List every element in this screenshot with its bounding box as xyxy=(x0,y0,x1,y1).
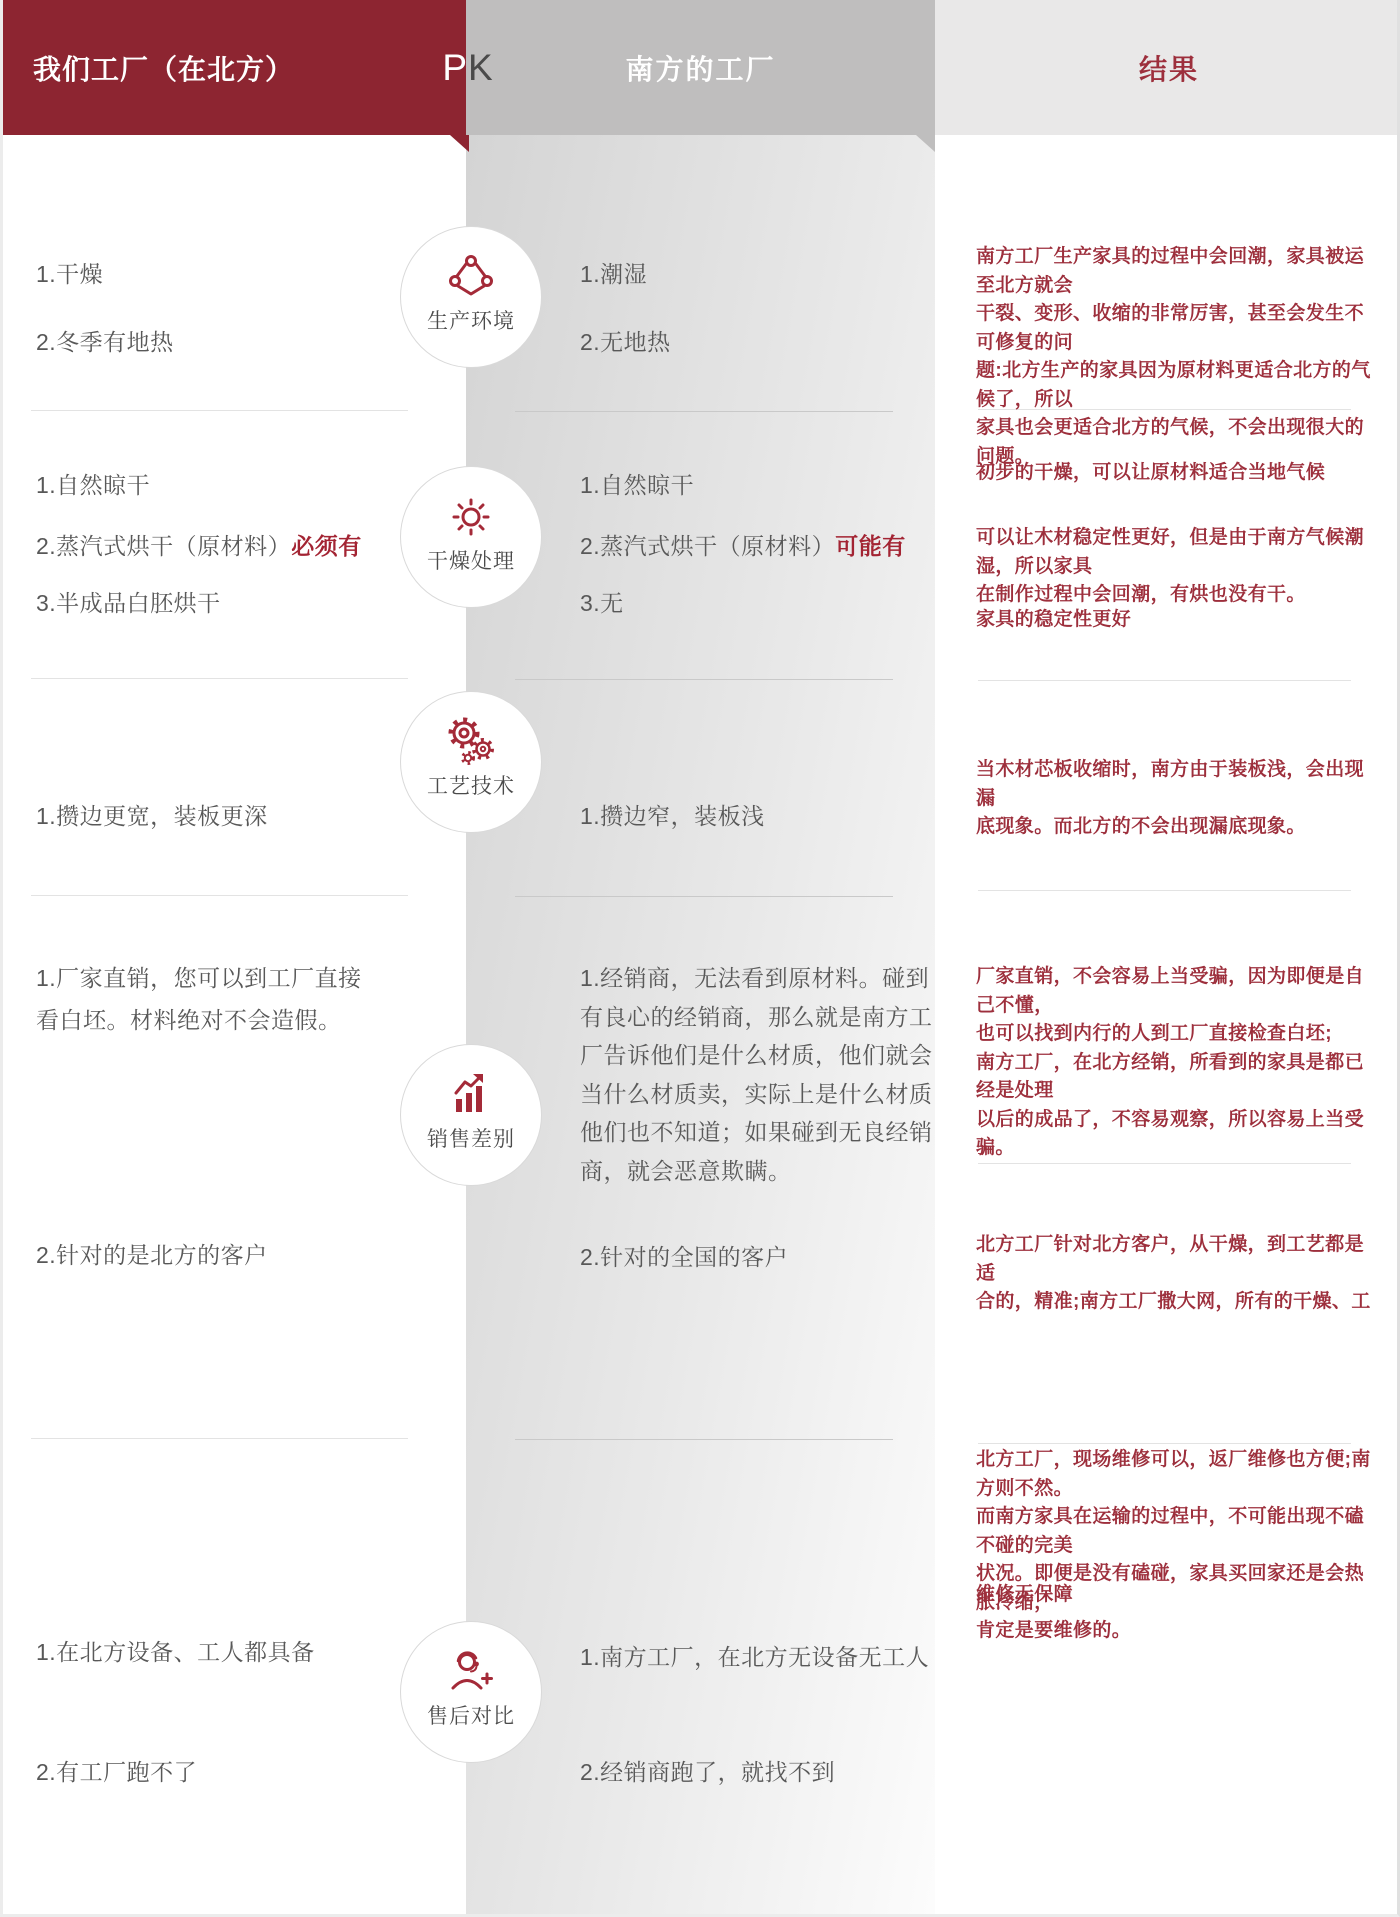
header-result: 结果 xyxy=(935,0,1400,135)
badge-craft-technology: 工艺技术 xyxy=(400,691,542,833)
pk-letter-k: K xyxy=(468,47,494,89)
theirs-item-highlight: 可能有 xyxy=(835,533,906,559)
result-paragraph: 家具的稳定性更好 xyxy=(976,606,1380,635)
theirs-item: 2.蒸汽式烘干（原材料）可能有 xyxy=(580,528,906,561)
header-ours: 我们工厂（在北方） xyxy=(3,0,466,135)
result-paragraph: 当木材芯板收缩时，南方由于装板浅，会出现漏 底现象。而北方的不会出现漏底现象。 xyxy=(976,756,1380,842)
ours-item: 2.针对的是北方的客户 xyxy=(36,1237,268,1270)
ours-item: 2.蒸汽式烘干（原材料）必须有 xyxy=(36,528,362,561)
ours-item-highlight: 必须有 xyxy=(291,533,362,559)
header-theirs-title: 南方的工厂 xyxy=(625,48,775,88)
bar-chart-arrow-icon xyxy=(445,1069,497,1121)
theirs-item-text: 2.蒸汽式烘干（原材料） xyxy=(580,533,835,559)
badge-label: 工艺技术 xyxy=(427,770,515,800)
result-paragraph: 南方工厂生产家具的过程中会回潮，家具被运至北方就会 干裂、变形、收缩的非常厉害，… xyxy=(976,243,1380,471)
theirs-item: 3.无 xyxy=(580,585,624,618)
divider xyxy=(978,1443,1351,1444)
ours-item: 1.厂家直销，您可以到工厂直接 看白坯。材料绝对不会造假。 xyxy=(36,957,362,1041)
theirs-item: 1.攒边窄，装板浅 xyxy=(580,798,765,831)
ours-item: 1.攒边更宽，装板更深 xyxy=(36,798,268,831)
divider xyxy=(515,411,893,412)
pk-versus-label: P K xyxy=(423,0,513,135)
divider xyxy=(515,1439,893,1440)
divider xyxy=(31,678,408,679)
customer-service-icon xyxy=(445,1646,497,1698)
divider xyxy=(978,1163,1351,1164)
theirs-item: 1.自然晾干 xyxy=(580,467,694,500)
badge-production-environment: 生产环境 xyxy=(400,226,542,368)
ours-item: 1.自然晾干 xyxy=(36,467,150,500)
molecule-icon xyxy=(445,251,497,303)
sun-icon xyxy=(445,491,497,543)
divider xyxy=(515,896,893,897)
result-paragraph: 厂家直销，不会容易上当受骗，因为即便是自己不懂， 也可以找到内行的人到工厂直接检… xyxy=(976,963,1380,1163)
divider xyxy=(515,679,893,680)
badge-label: 销售差别 xyxy=(427,1123,515,1153)
badge-label: 干燥处理 xyxy=(427,545,515,575)
theirs-item: 1.南方工厂，在北方无设备无工人 xyxy=(580,1639,929,1672)
badge-after-sales-comparison: 售后对比 xyxy=(400,1621,542,1763)
header-theirs: 南方的工厂 xyxy=(466,0,935,135)
header-ours-title: 我们工厂（在北方） xyxy=(33,48,294,88)
badge-label: 售后对比 xyxy=(427,1700,515,1730)
divider xyxy=(31,410,408,411)
divider xyxy=(31,1438,408,1439)
result-paragraph: 可以让木材稳定性更好，但是由于南方气候潮湿，所以家具 在制作过程中会回潮，有烘也… xyxy=(976,524,1380,610)
divider xyxy=(978,890,1351,891)
ours-item: 2.有工厂跑不了 xyxy=(36,1754,197,1787)
ours-item-text: 2.蒸汽式烘干（原材料） xyxy=(36,533,291,559)
ours-item: 1.干燥 xyxy=(36,256,103,289)
header-result-title: 结果 xyxy=(1139,48,1199,88)
theirs-item: 1.潮湿 xyxy=(580,256,647,289)
pk-letter-p: P xyxy=(442,47,468,89)
divider xyxy=(978,680,1351,681)
badge-label: 生产环境 xyxy=(427,305,515,335)
badge-sales-difference: 销售差别 xyxy=(400,1044,542,1186)
gears-icon xyxy=(445,716,497,768)
theirs-item: 2.无地热 xyxy=(580,324,671,357)
ours-item: 3.半成品白胚烘干 xyxy=(36,585,221,618)
badge-drying-treatment: 干燥处理 xyxy=(400,466,542,608)
result-paragraph: 初步的干燥，可以让原材料适合当地气候 xyxy=(976,459,1380,488)
theirs-item: 1.经销商，无法看到原材料。碰到 有良心的经销商，那么就是南方工 厂告诉他们是什… xyxy=(580,959,933,1190)
theirs-item: 2.针对的全国的客户 xyxy=(580,1239,788,1272)
ours-item: 1.在北方设备、工人都具备 xyxy=(36,1634,315,1667)
result-paragraph: 北方工厂，现场维修可以，返厂维修也方便;南方则不然。 而南方家具在运输的过程中，… xyxy=(976,1446,1380,1646)
comparison-infographic: 我们工厂（在北方） 南方的工厂 结果 P K 生产环境 xyxy=(0,0,1400,1917)
result-paragraph: 维修无保障 xyxy=(976,1581,1380,1610)
theirs-item: 2.经销商跑了，就找不到 xyxy=(580,1754,835,1787)
ours-item: 2.冬季有地热 xyxy=(36,324,174,357)
result-paragraph: 北方工厂针对北方客户，从干燥，到工艺都是适 合的，精准;南方工厂撒大网，所有的干… xyxy=(976,1231,1380,1317)
divider xyxy=(31,895,408,896)
